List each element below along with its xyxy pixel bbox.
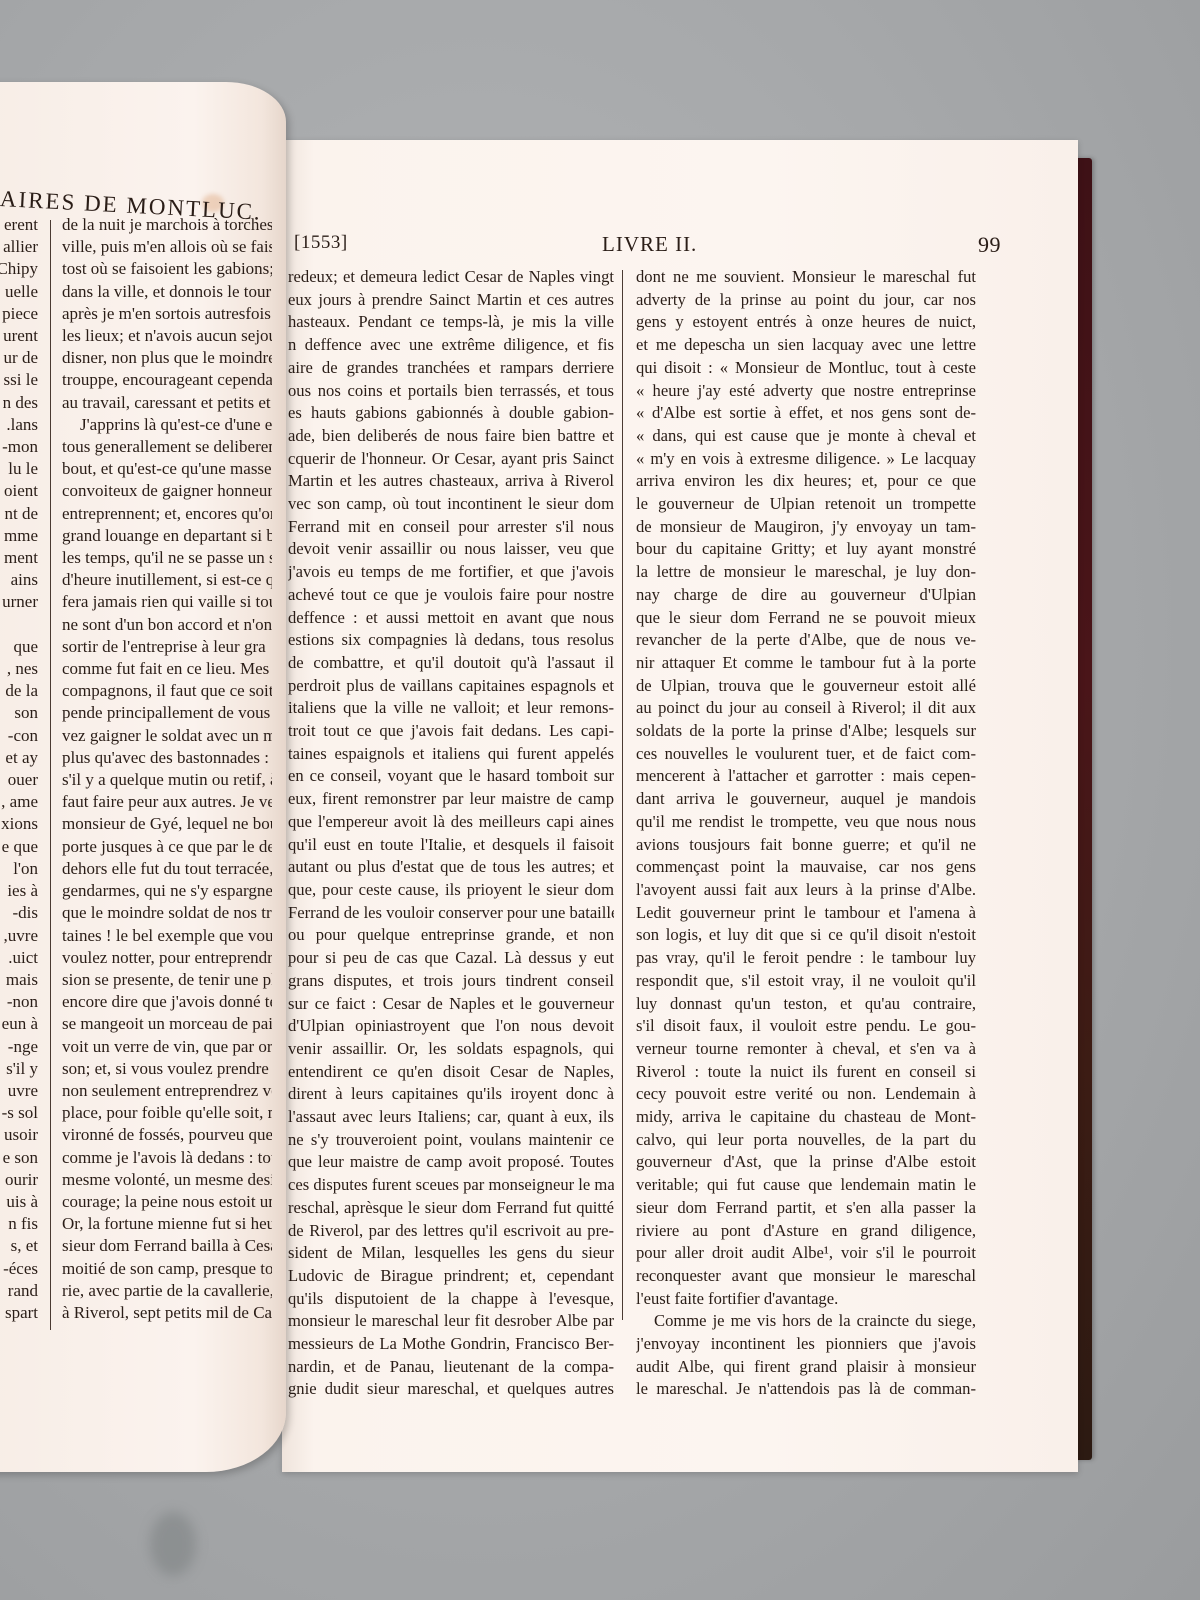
- text-line: pour aller droit audit Albe¹, voir s'il …: [636, 1242, 976, 1265]
- running-head: LIVRE II.: [602, 232, 697, 257]
- text-line: plus qu'avec des bastonnades : il: [62, 747, 272, 769]
- text-line: entreprennent; et, encores qu'on p: [62, 503, 272, 525]
- text-line: mme: [0, 525, 38, 547]
- text-line: [0, 614, 38, 636]
- text-line: le gouverneur de Ulpian retenoit un trom…: [636, 493, 976, 516]
- text-line: les temps, qu'il ne se passe un seul: [62, 547, 272, 569]
- text-line: l'eust faite fortifier d'avantage.: [636, 1288, 976, 1311]
- text-line: que le sieur dom Ferrand ne se pouvoit m…: [636, 607, 976, 630]
- text-line: vironné de fossés, pourveu que l': [62, 1124, 272, 1146]
- text-line: Riverol : toute la nuict ils furent en c…: [636, 1061, 976, 1084]
- text-line: faut faire peur aux autres. Je veu: [62, 791, 272, 813]
- text-line: « heure j'ay esté adverty que nostre ent…: [636, 380, 976, 403]
- text-line: nay charge de dire au gouverneur d'Ulpia…: [636, 584, 976, 607]
- text-line: ment: [0, 547, 38, 569]
- text-line: tost où se faisoient les gabions; or: [62, 258, 272, 280]
- text-line: commençast point la mauvaise, car nos ge…: [636, 856, 976, 879]
- text-line: taines espaignols et italiens qui furent…: [288, 743, 614, 766]
- text-line: mencerent à l'attacher et garrotter : ma…: [636, 765, 976, 788]
- text-line: reschal, aprèsque le sieur dom Ferrand f…: [288, 1197, 614, 1220]
- text-line: gnie dudit sieur mareschal, et quelques …: [288, 1378, 614, 1401]
- text-line: ville, puis m'en allois où se faisoit: [62, 236, 272, 258]
- text-line: audit Albe, qui firent grand plaisir à m…: [636, 1356, 976, 1379]
- text-line: l'avoyent aussi fait aux leurs à la prin…: [636, 879, 976, 902]
- text-line: vec son camp, où tout incontinent le sie…: [288, 493, 614, 516]
- text-line: l'on: [0, 858, 38, 880]
- text-line: compagnons, il faut que ce soit d: [62, 680, 272, 702]
- text-line: rie, avec partie de la cavallerie, po: [62, 1280, 272, 1302]
- text-line: messieurs de La Mothe Gondrin, Francisco…: [288, 1333, 614, 1356]
- text-line: d'Ulpian opiniastroyent que l'on nous de…: [288, 1015, 614, 1038]
- text-line: spart: [0, 1302, 38, 1324]
- text-line: uvre,: [0, 925, 38, 947]
- text-line: tous generallement se deliberent: [62, 436, 272, 458]
- text-line: j'avois eu temps de me fortifier, et que…: [288, 561, 614, 584]
- text-line: non seulement entreprendrez vous: [62, 1080, 272, 1102]
- text-line: es hauts gabions gabionnés à double gabi…: [288, 402, 614, 425]
- text-line: ains: [0, 569, 38, 591]
- text-line: urent: [0, 325, 38, 347]
- text-line: riviere au pont d'Asture en grand dilige…: [636, 1220, 976, 1243]
- text-line: à Riverol, sept petits mil de Caza: [62, 1302, 272, 1324]
- text-line: piece: [0, 303, 38, 325]
- left-page-column-a: erentallierChipyuellepieceurentur dessi …: [0, 214, 38, 1324]
- text-line: convoiteux de gaigner honneur: [62, 480, 272, 502]
- text-line: en ce conseil, voyant que le hasard tomb…: [288, 765, 614, 788]
- text-line: ces nouvelles le voulurent tuer, et de f…: [636, 743, 976, 766]
- text-line: perdroit plus de vaillans capitaines esp…: [288, 675, 614, 698]
- text-line: erent: [0, 214, 38, 236]
- text-line: allier: [0, 236, 38, 258]
- text-line: mais: [0, 969, 38, 991]
- text-line: dant arriva le gouverneur, auquel je man…: [636, 788, 976, 811]
- text-line: n des: [0, 392, 38, 414]
- text-line: disner, non plus que le moindre: [62, 347, 272, 369]
- text-line: reconquester avant que monsieur le mares…: [636, 1265, 976, 1288]
- text-line: uict.: [0, 947, 38, 969]
- text-line: moitié de son camp, presque tout: [62, 1258, 272, 1280]
- text-line: autant ou plus d'estat que de tous les a…: [288, 856, 614, 879]
- text-line: bour du capitaine Gritty; et luy ayant m…: [636, 538, 976, 561]
- text-line: sident de Milan, lesquelles les gens du …: [288, 1242, 614, 1265]
- text-line: n fis: [0, 1213, 38, 1235]
- text-line: gens y estoyent entrés à onze heures de …: [636, 311, 976, 334]
- text-line: qu'il eust en toute l'Italie, et desquel…: [288, 834, 614, 857]
- text-line: monsieur de Gyé, lequel ne bouga: [62, 813, 272, 835]
- text-line: sion se presente, de tenir une pla: [62, 969, 272, 991]
- text-line: la lettre de monsieur le mareschal, je l…: [636, 561, 976, 584]
- text-line: fera jamais rien qui vaille si tous: [62, 591, 272, 613]
- text-line: soldats de la porte la prinse d'Albe; le…: [636, 720, 976, 743]
- text-line: Comme je me vis hors de la craincte du s…: [636, 1310, 976, 1333]
- text-line: place, pour foible qu'elle soit, ma: [62, 1102, 272, 1124]
- text-line: dont ne me souvient. Monsieur le maresch…: [636, 266, 976, 289]
- text-line: mesme volonté, un mesme desir: [62, 1169, 272, 1191]
- text-line: avions tousjours fait bonne guerre; et q…: [636, 834, 976, 857]
- text-line: son; et, si vous voulez prendre exe: [62, 1058, 272, 1080]
- text-line: rand: [0, 1280, 38, 1302]
- text-line: devoit venir assaillir ou nous laisser, …: [288, 538, 614, 561]
- text-line: et me depescha un sien lacquay avec une …: [636, 334, 976, 357]
- column-rule: [622, 270, 623, 1320]
- text-line: pour si peu de cas que Cazal. Là dessus …: [288, 947, 614, 970]
- text-line: luy donnast qu'un teston, et qu'au contr…: [636, 993, 976, 1016]
- text-line: mon-: [0, 436, 38, 458]
- text-line: porte jusques à ce que par le deda: [62, 836, 272, 858]
- text-line: uelle: [0, 281, 38, 303]
- text-line: voulez notter, pour entreprendre, q: [62, 947, 272, 969]
- text-line: après je m'en sortois autresfois reco: [62, 303, 272, 325]
- text-line: adverty de la prinse au point du jour, c…: [636, 289, 976, 312]
- text-line: « d'Albe est sortie à effet, et nos gens…: [636, 402, 976, 425]
- text-line: entendirent ce qu'en disoit Cesar de Nap…: [288, 1061, 614, 1084]
- text-line: d'heure inutillement, si est-ce q: [62, 569, 272, 591]
- text-line: « dans, qui est cause que je monte à che…: [636, 425, 976, 448]
- left-page-column-b: de la nuit je marchois à torchesville, p…: [62, 214, 272, 1324]
- text-line: cquerir de l'honneur. Or Cesar, ayant pr…: [288, 448, 614, 471]
- text-line: ourir: [0, 1169, 38, 1191]
- right-page: [1553] LIVRE II. 99 redeux; et demeura l…: [282, 140, 1078, 1472]
- text-line: hasteaux. Pendant ce temps-là, je mis la…: [288, 311, 614, 334]
- text-line: au travail, caressant et petits et gr: [62, 392, 272, 414]
- text-line: au poinct du jour au conseil à Riverol; …: [636, 697, 976, 720]
- text-line: deffence : et aussi mettoit en avant que…: [288, 607, 614, 630]
- text-line: éces-: [0, 1258, 38, 1280]
- text-line: s'il y: [0, 1058, 38, 1080]
- text-line: lu le: [0, 458, 38, 480]
- text-line: ous nos coins et portails bien terrassés…: [288, 380, 614, 403]
- text-line: s sol-: [0, 1102, 38, 1124]
- text-line: veritable; qui fut cause que lendemain m…: [636, 1174, 976, 1197]
- text-line: lans.: [0, 414, 38, 436]
- text-line: uvre: [0, 1080, 38, 1102]
- text-line: n deffence avec une extrême diligence, e…: [288, 334, 614, 357]
- text-line: comme je l'avois là dedans : tou: [62, 1147, 272, 1169]
- text-line: eun à: [0, 1013, 38, 1035]
- text-line: Ledit gouverneur print le tambour et l'a…: [636, 902, 976, 925]
- text-line: « m'y en vois à extresme diligence. » Le…: [636, 448, 976, 471]
- text-line: s, et: [0, 1235, 38, 1257]
- text-column-left: redeux; et demeura ledict Cesar de Naple…: [288, 266, 614, 1401]
- text-line: que, pour ceste cause, ils prioyent le s…: [288, 879, 614, 902]
- text-line: se mangeoit un morceau de pain et: [62, 1013, 272, 1035]
- text-line: courage; la peine nous estoit un: [62, 1191, 272, 1213]
- text-line: calvo, qui leur porta nouvelles, de la p…: [636, 1129, 976, 1152]
- right-page-header: [1553] LIVRE II. 99: [294, 232, 994, 262]
- text-line: voit un verre de vin, que par ordre: [62, 1036, 272, 1058]
- text-line: gendarmes, qui ne s'y espargneren: [62, 880, 272, 902]
- column-rule: [50, 220, 51, 1330]
- text-line: que: [0, 636, 38, 658]
- text-line: de Ulpian, trouva que le gouverneur esto…: [636, 675, 976, 698]
- text-line: de combattre, et qu'il doutoit qu'à l'as…: [288, 652, 614, 675]
- text-line: de Riverol, par des lettres qu'il escriv…: [288, 1220, 614, 1243]
- text-line: ne s'y trouveroient point, voulans maint…: [288, 1129, 614, 1152]
- text-line: pas vray, qu'il le feroit pendre : le ta…: [636, 947, 976, 970]
- text-line: nge-: [0, 1036, 38, 1058]
- text-line: midy, arriva le capitaine du chasteau de…: [636, 1106, 976, 1129]
- text-line: qu'ils disputoient de la chappe à l'eves…: [288, 1288, 614, 1311]
- text-line: le mareschal. Je n'attendois pas là de c…: [636, 1378, 976, 1401]
- text-line: venir assaillir. Or, les soldats espagno…: [288, 1038, 614, 1061]
- text-line: non-: [0, 991, 38, 1013]
- text-line: Ferrand mit en conseil pour arrester s'i…: [288, 516, 614, 539]
- text-line: achevé tout ce que je voulois faire pour…: [288, 584, 614, 607]
- text-line: ne sont d'un bon accord et n'ont: [62, 614, 272, 636]
- year-marker: [1553]: [294, 232, 348, 254]
- text-line: aire de grandes tranchées et rampars der…: [288, 357, 614, 380]
- text-line: estions six compagnies là dedans, tous r…: [288, 629, 614, 652]
- text-line: l'assaut avec leurs Italiens; car, quant…: [288, 1106, 614, 1129]
- text-line: xions: [0, 813, 38, 835]
- text-line: j'envoyay incontinent les pionniers que …: [636, 1333, 976, 1356]
- text-line: Martin et les autres chasteaux, arriva à…: [288, 470, 614, 493]
- left-page: AIRES DE MONTLUC. erentallierChipyuellep…: [0, 82, 286, 1472]
- text-line: trouppe, encourageant cependant: [62, 369, 272, 391]
- text-line: nes ,: [0, 658, 38, 680]
- text-line: dirent à leurs capitaines qu'ils iroyent…: [288, 1083, 614, 1106]
- text-line: verneur tourne remonter à cheval, et s'e…: [636, 1038, 976, 1061]
- text-line: urner: [0, 591, 38, 613]
- text-line: grand louange en departant si bien: [62, 525, 272, 547]
- text-line: eux jours à prendre Sainct Martin et ces…: [288, 289, 614, 312]
- text-line: taines ! le bel exemple que vous av: [62, 925, 272, 947]
- text-line: qu'il me rendist le trompette, veu que n…: [636, 811, 976, 834]
- text-line: et ay: [0, 747, 38, 769]
- page-shadow: [150, 1512, 196, 1576]
- text-line: usoir: [0, 1124, 38, 1146]
- text-line: sur ce faict : Cesar de Naples et le gou…: [288, 993, 614, 1016]
- text-line: ade, bien deliberés de nous faire bien b…: [288, 425, 614, 448]
- text-line: monsieur le mareschal leur fit desrober …: [288, 1310, 614, 1333]
- text-line: nt de: [0, 503, 38, 525]
- text-line: con-: [0, 725, 38, 747]
- text-line: ame ,: [0, 791, 38, 813]
- text-line: Ferrand de les vouloir conserver pour un…: [288, 902, 614, 925]
- text-line: qui disoit : « Monsieur de Montluc, tout…: [636, 357, 976, 380]
- text-line: grans disputes, et trois jours tindrent …: [288, 970, 614, 993]
- text-line: bout, et qu'est-ce qu'une masse: [62, 458, 272, 480]
- text-line: s'il y a quelque mutin ou retif, à: [62, 769, 272, 791]
- text-line: ouer: [0, 769, 38, 791]
- text-line: troit tout ce que j'avois fait dedans. L…: [288, 720, 614, 743]
- text-line: dis-: [0, 902, 38, 924]
- text-line: arriva environ les dix heures; et, pour …: [636, 470, 976, 493]
- text-line: ces disputes furent sceues par monseigne…: [288, 1174, 614, 1197]
- text-line: les lieux; et n'avois aucun sejour q: [62, 325, 272, 347]
- text-line: e que: [0, 836, 38, 858]
- text-line: sieur dom Ferrand bailla à Cesar: [62, 1235, 272, 1257]
- text-column-right: dont ne me souvient. Monsieur le maresch…: [636, 266, 976, 1401]
- text-line: que le moindre soldat de nos troup: [62, 902, 272, 924]
- text-line: de la nuit je marchois à torches: [62, 214, 272, 236]
- text-line: nir attaquer Et comme le tambour fut à l…: [636, 652, 976, 675]
- text-line: vez gaigner le soldat avec un mot: [62, 725, 272, 747]
- text-line: que l'empereur avoit là des meilleurs ca…: [288, 811, 614, 834]
- text-line: eux, firent remonstrer par leur maistre …: [288, 788, 614, 811]
- text-line: comme fut fait en ce lieu. Mes ca: [62, 658, 272, 680]
- text-line: Chipy: [0, 258, 38, 280]
- text-line: revancher de la perte d'Albe, que de nou…: [636, 629, 976, 652]
- text-line: J'apprins là qu'est-ce d'une entre: [62, 414, 272, 436]
- text-line: pende principallement de vous : qu: [62, 702, 272, 724]
- text-line: que leur maistre de camp avoit proposé. …: [288, 1151, 614, 1174]
- text-line: ur de: [0, 347, 38, 369]
- text-line: Ludovic de Birague prindrent; et, cepend…: [288, 1265, 614, 1288]
- text-line: e son: [0, 1147, 38, 1169]
- text-line: de la: [0, 680, 38, 702]
- text-line: cecy pouvoit estre verité ou non. Lendem…: [636, 1083, 976, 1106]
- text-line: ssi le: [0, 369, 38, 391]
- text-line: ies à: [0, 880, 38, 902]
- text-line: respondit que, s'il estoit vray, il ne v…: [636, 970, 976, 993]
- text-line: encore dire que j'avois donné tel or: [62, 991, 272, 1013]
- text-line: ou pour quelque entreprinse grande, et n…: [288, 924, 614, 947]
- text-line: sieur dom Ferrand partit, et s'en alla p…: [636, 1197, 976, 1220]
- text-line: nardin, et de Panau, lieutenant de la co…: [288, 1356, 614, 1379]
- text-line: dehors elle fut du tout terracée, a: [62, 858, 272, 880]
- text-line: s'il disoit faux, il vouloit estre pendu…: [636, 1015, 976, 1038]
- text-line: de monsieur de Maugiron, j'y envoyay un …: [636, 516, 976, 539]
- text-line: uis à: [0, 1191, 38, 1213]
- text-line: redeux; et demeura ledict Cesar de Naple…: [288, 266, 614, 289]
- text-line: son: [0, 702, 38, 724]
- text-line: sortir de l'entreprise à leur gra: [62, 636, 272, 658]
- text-line: italiens que la ville ne valloit; et leu…: [288, 697, 614, 720]
- text-line: dans la ville, et donnois le tour par: [62, 281, 272, 303]
- text-line: gouverneur d'Ast, que la prinse d'Albe e…: [636, 1151, 976, 1174]
- page-number: 99: [978, 232, 1001, 258]
- text-line: oient: [0, 480, 38, 502]
- text-line: son logis, et luy dit que si ce qu'il di…: [636, 924, 976, 947]
- text-line: Or, la fortune mienne fut si heur: [62, 1213, 272, 1235]
